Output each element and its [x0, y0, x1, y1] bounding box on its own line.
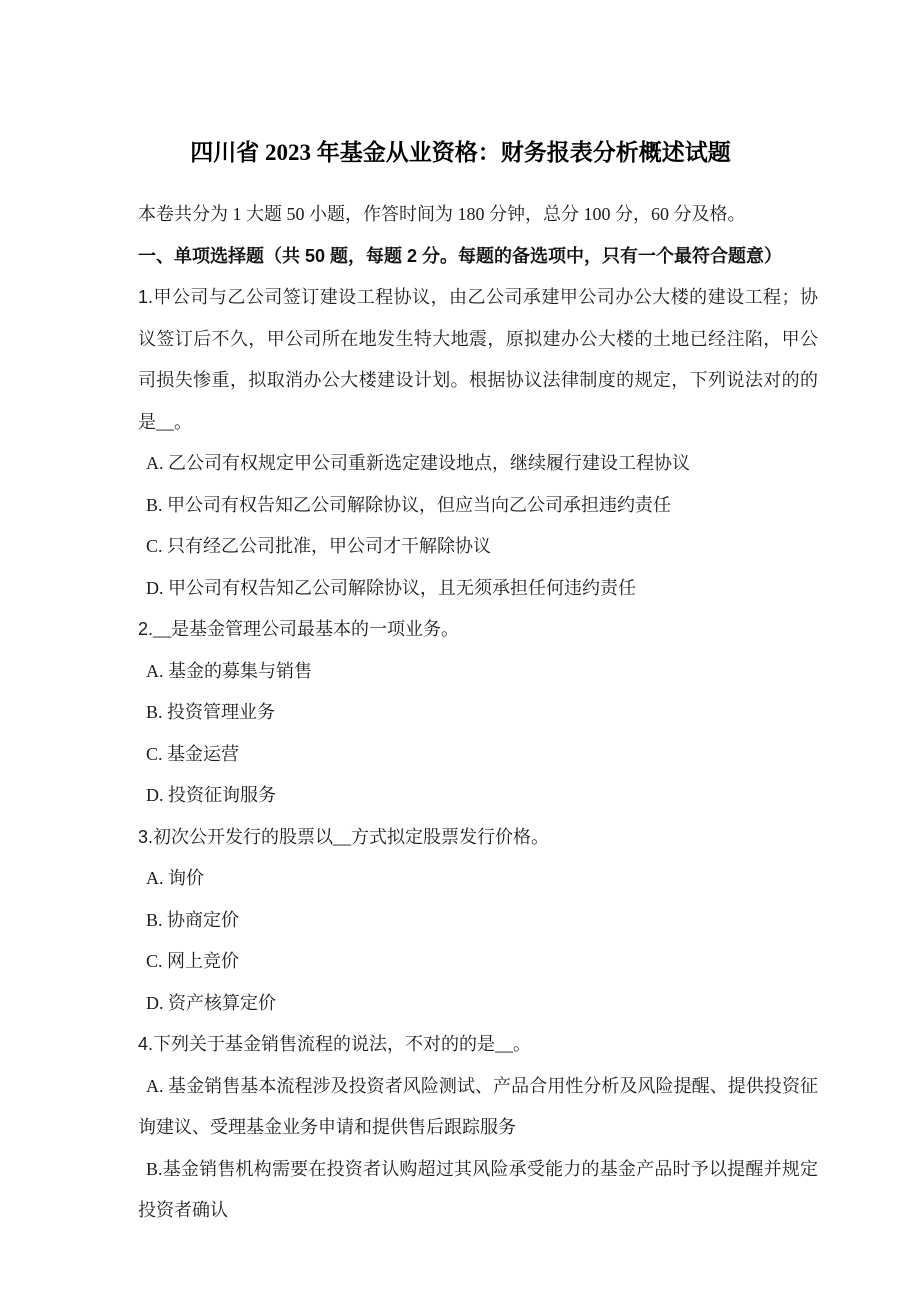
question-block-2: 2.__是基金管理公司最基本的一项业务。 A. 基金的募集与销售 B. 投资管理…: [138, 609, 818, 817]
question-2-number: 2.: [138, 619, 153, 639]
question-block-3: 3.初次公开发行的股票以__方式拟定股票发行价格。 A. 询价 B. 协商定价 …: [138, 817, 818, 1025]
question-1-text: 甲公司与乙公司签订建设工程协议，由乙公司承建甲公司办公大楼的建设工程；协议签订后…: [138, 287, 818, 432]
question-3-stem: 3.初次公开发行的股票以__方式拟定股票发行价格。: [138, 817, 818, 859]
question-3-option-b: B. 协商定价: [138, 900, 818, 942]
question-block-4: 4.下列关于基金销售流程的说法，不对的的是__。 A. 基金销售基本流程涉及投资…: [138, 1024, 818, 1232]
question-4-stem: 4.下列关于基金销售流程的说法，不对的的是__。: [138, 1024, 818, 1066]
question-2-option-a: A. 基金的募集与销售: [138, 651, 818, 693]
question-1-number: 1.: [138, 287, 153, 307]
question-4-option-b: B.基金销售机构需要在投资者认购超过其风险承受能力的基金产品时予以提醒并规定投资…: [138, 1149, 818, 1232]
question-3-option-a: A. 询价: [138, 858, 818, 900]
question-2-option-c: C. 基金运营: [138, 734, 818, 776]
exam-instructions: 本卷共分为 1 大题 50 小题，作答时间为 180 分钟，总分 100 分，6…: [138, 194, 818, 236]
question-1-option-a: A. 乙公司有权规定甲公司重新选定建设地点，继续履行建设工程协议: [138, 443, 818, 485]
question-2-text: __是基金管理公司最基本的一项业务。: [153, 619, 459, 639]
question-2-option-b: B. 投资管理业务: [138, 692, 818, 734]
question-3-option-d: D. 资产核算定价: [138, 983, 818, 1025]
question-3-option-c: C. 网上竞价: [138, 941, 818, 983]
page-title: 四川省 2023 年基金从业资格：财务报表分析概述试题: [103, 128, 818, 178]
question-1-option-b: B. 甲公司有权告知乙公司解除协议，但应当向乙公司承担违约责任: [138, 485, 818, 527]
question-2-stem: 2.__是基金管理公司最基本的一项业务。: [138, 609, 818, 651]
exam-document: 四川省 2023 年基金从业资格：财务报表分析概述试题 本卷共分为 1 大题 5…: [0, 0, 920, 1302]
question-2-option-d: D. 投资征询服务: [138, 775, 818, 817]
question-3-number: 3.: [138, 827, 153, 847]
question-4-number: 4.: [138, 1034, 153, 1054]
document-content: 四川省 2023 年基金从业资格：财务报表分析概述试题 本卷共分为 1 大题 5…: [0, 0, 920, 1232]
question-1-option-c: C. 只有经乙公司批准，甲公司才干解除协议: [138, 526, 818, 568]
question-3-text: 初次公开发行的股票以__方式拟定股票发行价格。: [153, 827, 549, 847]
question-1-stem: 1.甲公司与乙公司签订建设工程协议，由乙公司承建甲公司办公大楼的建设工程；协议签…: [138, 277, 818, 443]
question-4-option-a: A. 基金销售基本流程涉及投资者风险测试、产品合用性分析及风险提醒、提供投资征询…: [138, 1066, 818, 1149]
question-4-text: 下列关于基金销售流程的说法，不对的的是__。: [153, 1034, 531, 1054]
question-block-1: 1.甲公司与乙公司签订建设工程协议，由乙公司承建甲公司办公大楼的建设工程；协议签…: [138, 277, 818, 609]
question-1-option-d: D. 甲公司有权告知乙公司解除协议，且无须承担任何违约责任: [138, 568, 818, 610]
section-heading: 一、单项选择题（共 50 题，每题 2 分。每题的备选项中，只有一个最符合题意）: [138, 236, 818, 278]
